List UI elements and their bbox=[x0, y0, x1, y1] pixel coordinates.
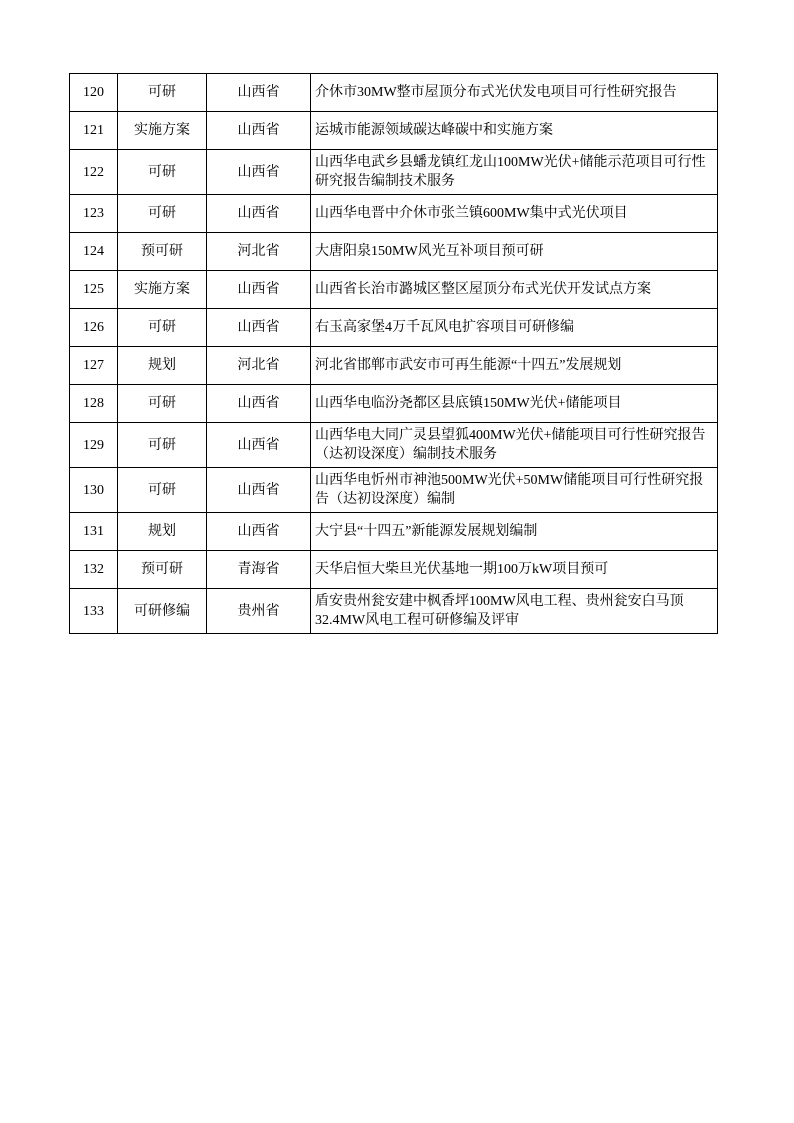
project-name-cell: 介休市30MW整市屋顶分布式光伏发电项目可行性研究报告 bbox=[311, 74, 718, 112]
report-type-cell: 预可研 bbox=[118, 551, 207, 589]
row-number-cell: 130 bbox=[70, 468, 118, 513]
report-type-cell: 可研 bbox=[118, 309, 207, 347]
province-cell: 山西省 bbox=[207, 513, 311, 551]
row-number-cell: 127 bbox=[70, 347, 118, 385]
project-name-cell: 山西华电武乡县蟠龙镇红龙山100MW光伏+储能示范项目可行性研究报告编制技术服务 bbox=[311, 150, 718, 195]
table-row: 128 可研 山西省 山西华电临汾尧都区县底镇150MW光伏+储能项目 bbox=[70, 385, 718, 423]
report-type-cell: 实施方案 bbox=[118, 112, 207, 150]
row-number-cell: 129 bbox=[70, 423, 118, 468]
report-type-cell: 预可研 bbox=[118, 233, 207, 271]
report-type-cell: 规划 bbox=[118, 513, 207, 551]
table-row: 124 预可研 河北省 大唐阳泉150MW风光互补项目预可研 bbox=[70, 233, 718, 271]
province-cell: 山西省 bbox=[207, 468, 311, 513]
row-number-cell: 132 bbox=[70, 551, 118, 589]
province-cell: 山西省 bbox=[207, 112, 311, 150]
table-row: 122 可研 山西省 山西华电武乡县蟠龙镇红龙山100MW光伏+储能示范项目可行… bbox=[70, 150, 718, 195]
row-number-cell: 126 bbox=[70, 309, 118, 347]
table-row: 120 可研 山西省 介休市30MW整市屋顶分布式光伏发电项目可行性研究报告 bbox=[70, 74, 718, 112]
project-name-cell: 右玉高家堡4万千瓦风电扩容项目可研修编 bbox=[311, 309, 718, 347]
row-number-cell: 120 bbox=[70, 74, 118, 112]
table-row: 131 规划 山西省 大宁县“十四五”新能源发展规划编制 bbox=[70, 513, 718, 551]
project-name-cell: 山西省长治市潞城区整区屋顶分布式光伏开发试点方案 bbox=[311, 271, 718, 309]
project-name-cell: 大唐阳泉150MW风光互补项目预可研 bbox=[311, 233, 718, 271]
province-cell: 山西省 bbox=[207, 74, 311, 112]
project-name-cell: 山西华电临汾尧都区县底镇150MW光伏+储能项目 bbox=[311, 385, 718, 423]
province-cell: 山西省 bbox=[207, 309, 311, 347]
province-cell: 山西省 bbox=[207, 150, 311, 195]
table-row: 123 可研 山西省 山西华电晋中介休市张兰镇600MW集中式光伏项目 bbox=[70, 195, 718, 233]
province-cell: 河北省 bbox=[207, 233, 311, 271]
table-row: 129 可研 山西省 山西华电大同广灵县望狐400MW光伏+储能项目可行性研究报… bbox=[70, 423, 718, 468]
row-number-cell: 123 bbox=[70, 195, 118, 233]
table-row: 132 预可研 青海省 天华启恒大柴旦光伏基地一期100万kW项目预可 bbox=[70, 551, 718, 589]
report-type-cell: 可研 bbox=[118, 423, 207, 468]
project-table: 120 可研 山西省 介休市30MW整市屋顶分布式光伏发电项目可行性研究报告 1… bbox=[69, 73, 718, 634]
table-row: 130 可研 山西省 山西华电忻州市神池500MW光伏+50MW储能项目可行性研… bbox=[70, 468, 718, 513]
province-cell: 山西省 bbox=[207, 195, 311, 233]
project-name-cell: 山西华电大同广灵县望狐400MW光伏+储能项目可行性研究报告（达初设深度）编制技… bbox=[311, 423, 718, 468]
project-name-cell: 山西华电晋中介休市张兰镇600MW集中式光伏项目 bbox=[311, 195, 718, 233]
project-name-cell: 运城市能源领域碳达峰碳中和实施方案 bbox=[311, 112, 718, 150]
province-cell: 山西省 bbox=[207, 423, 311, 468]
report-type-cell: 可研 bbox=[118, 468, 207, 513]
project-name-cell: 山西华电忻州市神池500MW光伏+50MW储能项目可行性研究报告（达初设深度）编… bbox=[311, 468, 718, 513]
table-row: 121 实施方案 山西省 运城市能源领域碳达峰碳中和实施方案 bbox=[70, 112, 718, 150]
table-row: 127 规划 河北省 河北省邯郸市武安市可再生能源“十四五”发展规划 bbox=[70, 347, 718, 385]
row-number-cell: 128 bbox=[70, 385, 118, 423]
table-row: 126 可研 山西省 右玉高家堡4万千瓦风电扩容项目可研修编 bbox=[70, 309, 718, 347]
table-row: 133 可研修编 贵州省 盾安贵州瓮安建中枫香坪100MW风电工程、贵州瓮安白马… bbox=[70, 589, 718, 634]
report-type-cell: 可研 bbox=[118, 150, 207, 195]
row-number-cell: 122 bbox=[70, 150, 118, 195]
report-type-cell: 实施方案 bbox=[118, 271, 207, 309]
row-number-cell: 121 bbox=[70, 112, 118, 150]
report-type-cell: 可研 bbox=[118, 385, 207, 423]
row-number-cell: 131 bbox=[70, 513, 118, 551]
report-type-cell: 可研 bbox=[118, 74, 207, 112]
province-cell: 山西省 bbox=[207, 385, 311, 423]
report-type-cell: 可研修编 bbox=[118, 589, 207, 634]
report-type-cell: 规划 bbox=[118, 347, 207, 385]
document-page: 120 可研 山西省 介休市30MW整市屋顶分布式光伏发电项目可行性研究报告 1… bbox=[0, 0, 794, 1123]
row-number-cell: 124 bbox=[70, 233, 118, 271]
project-name-cell: 盾安贵州瓮安建中枫香坪100MW风电工程、贵州瓮安白马顶32.4MW风电工程可研… bbox=[311, 589, 718, 634]
province-cell: 山西省 bbox=[207, 271, 311, 309]
row-number-cell: 125 bbox=[70, 271, 118, 309]
province-cell: 河北省 bbox=[207, 347, 311, 385]
project-name-cell: 大宁县“十四五”新能源发展规划编制 bbox=[311, 513, 718, 551]
province-cell: 青海省 bbox=[207, 551, 311, 589]
row-number-cell: 133 bbox=[70, 589, 118, 634]
report-type-cell: 可研 bbox=[118, 195, 207, 233]
project-name-cell: 天华启恒大柴旦光伏基地一期100万kW项目预可 bbox=[311, 551, 718, 589]
table-row: 125 实施方案 山西省 山西省长治市潞城区整区屋顶分布式光伏开发试点方案 bbox=[70, 271, 718, 309]
project-name-cell: 河北省邯郸市武安市可再生能源“十四五”发展规划 bbox=[311, 347, 718, 385]
province-cell: 贵州省 bbox=[207, 589, 311, 634]
